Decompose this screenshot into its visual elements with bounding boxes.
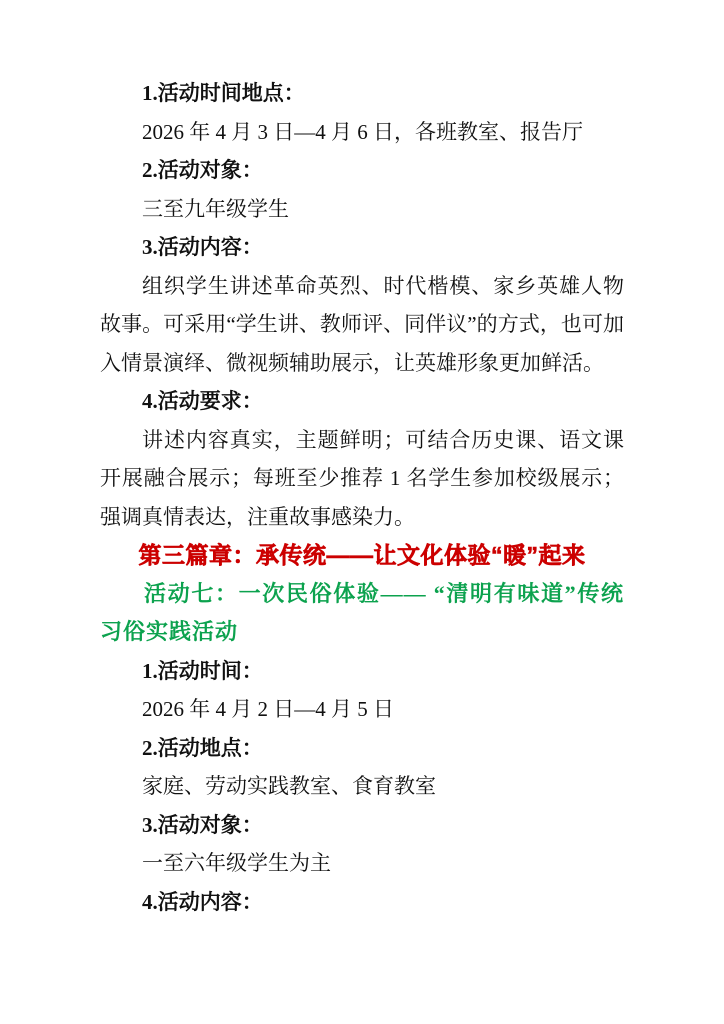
body-line: 2026 年 4 月 3 日—4 月 6 日，各班教室、报告厅 (100, 113, 624, 152)
body-line: 家庭、劳动实践教室、食育教室 (100, 767, 624, 806)
section-label: 2.活动对象： (100, 151, 624, 190)
chapter-heading: 第三篇章：承传统——让文化体验“暖”起来 (100, 536, 624, 575)
body-line: 一至六年级学生为主 (100, 844, 624, 883)
section-label: 4.活动要求： (100, 382, 624, 421)
section-label: 4.活动内容： (100, 883, 624, 922)
section-label: 3.活动内容： (100, 228, 624, 267)
paragraph: 组织学生讲述革命英烈、时代楷模、家乡英雄人物故事。可采用“学生讲、教师评、同伴议… (100, 267, 624, 383)
document-page: 1.活动时间地点：2026 年 4 月 3 日—4 月 6 日，各班教室、报告厅… (0, 0, 724, 1024)
section-label: 3.活动对象： (100, 806, 624, 845)
section-label: 2.活动地点： (100, 729, 624, 768)
activity-heading: 活动七：一次民俗体验—— “清明有味道”传统习俗实践活动 (100, 575, 624, 652)
document-content: 1.活动时间地点：2026 年 4 月 3 日—4 月 6 日，各班教室、报告厅… (100, 74, 624, 921)
section-label: 1.活动时间： (100, 652, 624, 691)
body-line: 三至九年级学生 (100, 190, 624, 229)
body-line: 2026 年 4 月 2 日—4 月 5 日 (100, 690, 624, 729)
paragraph: 讲述内容真实，主题鲜明；可结合历史课、语文课开展融合展示；每班至少推荐 1 名学… (100, 421, 624, 537)
section-label: 1.活动时间地点： (100, 74, 624, 113)
